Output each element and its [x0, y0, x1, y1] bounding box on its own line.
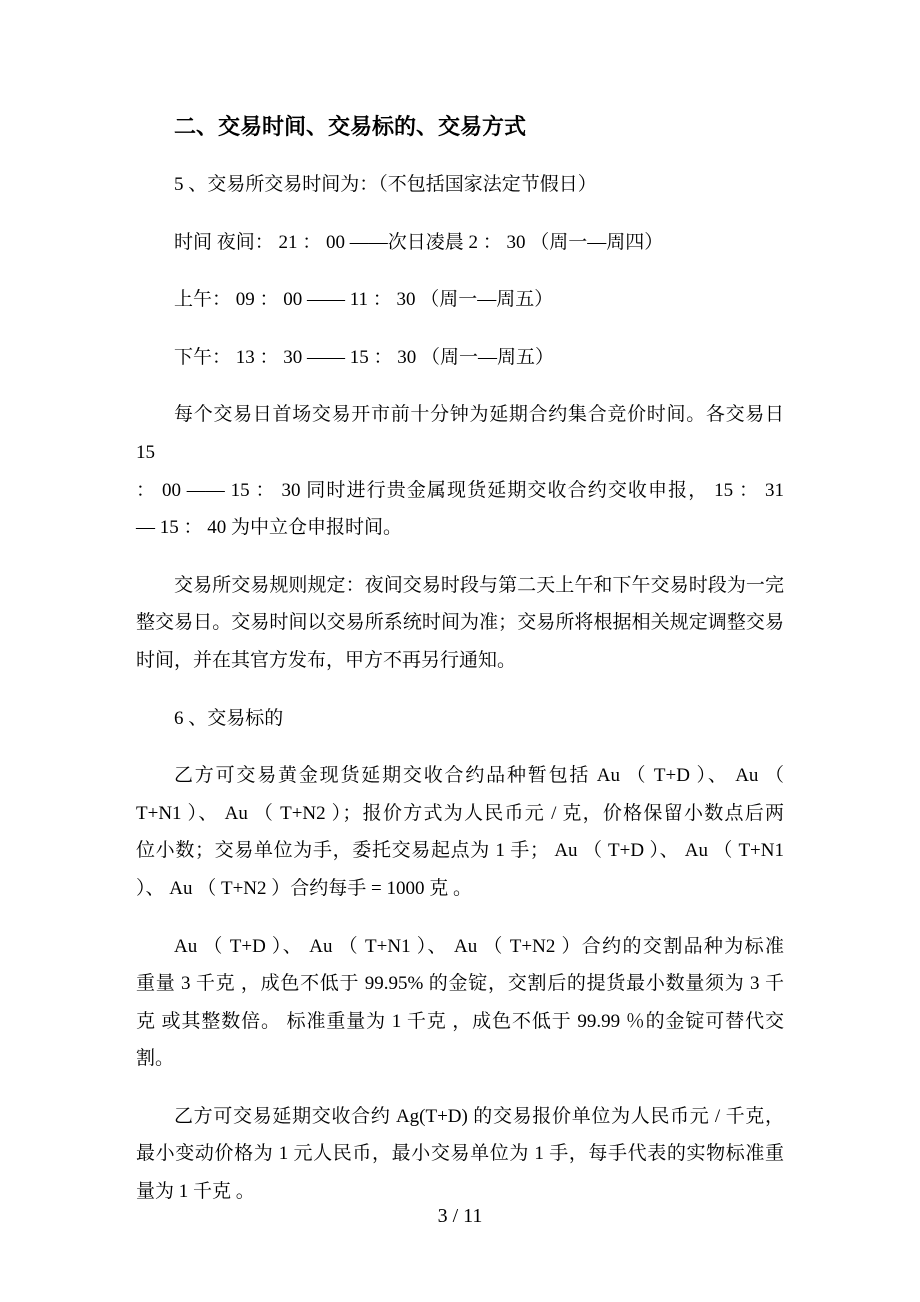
paragraph-line: 重量 3 千克 ，成色不低于 99.95% 的金锭，交割后的提货最小数量须为 3… [136, 965, 784, 1003]
paragraph: 上午： 09 ： 00 —— 11 ： 30 （周一—周五） [136, 281, 784, 319]
paragraph-line: 下午： 13 ： 30 —— 15 ： 30 （周一—周五） [136, 339, 784, 377]
paragraph-line: 交易所交易规则规定：夜间交易时段与第二天上午和下午交易时段为一完 [136, 567, 784, 605]
paragraph-line: 乙方可交易黄金现货延期交收合约品种暂包括 Au （ T+D ）、 Au （ [136, 757, 784, 795]
paragraph-line: 时间，并在其官方发布，甲方不再另行通知。 [136, 642, 784, 680]
document-content: 二、交易时间、交易标的、交易方式 5 、交易所交易时间为：（不包括国家法定节假日… [136, 108, 784, 1211]
paragraph-line: 上午： 09 ： 00 —— 11 ： 30 （周一—周五） [136, 281, 784, 319]
paragraph-line: ： 00 —— 15 ： 30 同时进行贵金属现货延期交收合约交收申报， 15 … [136, 472, 784, 510]
paragraph-line: 每个交易日首场交易开市前十分钟为延期合约集合竞价时间。各交易日 15 [136, 396, 784, 471]
paragraph-line: 5 、交易所交易时间为：（不包括国家法定节假日） [136, 166, 784, 204]
page-number: 3 / 11 [438, 1205, 483, 1227]
section-heading: 二、交易时间、交易标的、交易方式 [136, 108, 784, 146]
paragraph-line: 最小变动价格为 1 元人民币，最小交易单位为 1 手，每手代表的实物标准重 [136, 1135, 784, 1173]
paragraph-line: 6 、交易标的 [136, 700, 784, 738]
paragraph-line: 克 或其整数倍。 标准重量为 1 千克 ，成色不低于 99.99 ％的金锭可替代… [136, 1003, 784, 1041]
paragraph-line: 割。 [136, 1040, 784, 1078]
paragraph-line: 整交易日。交易时间以交易所系统时间为准；交易所将根据相关规定调整交易 [136, 604, 784, 642]
paragraph-line: 位小数；交易单位为手，委托交易起点为 1 手； Au （ T+D ）、 Au （… [136, 832, 784, 870]
paragraph: 交易所交易规则规定：夜间交易时段与第二天上午和下午交易时段为一完 整交易日。交易… [136, 567, 784, 680]
document-page: 二、交易时间、交易标的、交易方式 5 、交易所交易时间为：（不包括国家法定节假日… [0, 0, 920, 1302]
paragraph: 每个交易日首场交易开市前十分钟为延期合约集合竞价时间。各交易日 15 ： 00 … [136, 396, 784, 546]
paragraph-line: ）、 Au （ T+N2 ）合约每手 = 1000 克 。 [136, 870, 784, 908]
paragraph-line: Au （ T+D ）、 Au （ T+N1 ）、 Au （ T+N2 ）合约的交… [136, 928, 784, 966]
paragraph: 乙方可交易黄金现货延期交收合约品种暂包括 Au （ T+D ）、 Au （ T+… [136, 757, 784, 907]
paragraph: 6 、交易标的 [136, 700, 784, 738]
paragraph-line: 乙方可交易延期交收合约 Ag(T+D) 的交易报价单位为人民币元 / 千克， [136, 1098, 784, 1136]
paragraph: 时间 夜间： 21 ： 00 ——次日凌晨 2 ： 30 （周一—周四） [136, 224, 784, 262]
page-footer: 3 / 11 [0, 1203, 920, 1229]
paragraph: 5 、交易所交易时间为：（不包括国家法定节假日） [136, 166, 784, 204]
paragraph: 乙方可交易延期交收合约 Ag(T+D) 的交易报价单位为人民币元 / 千克， 最… [136, 1098, 784, 1211]
paragraph: Au （ T+D ）、 Au （ T+N1 ）、 Au （ T+N2 ）合约的交… [136, 928, 784, 1078]
paragraph-line: — 15 ： 40 为中立仓申报时间。 [136, 509, 784, 547]
paragraph-line: 时间 夜间： 21 ： 00 ——次日凌晨 2 ： 30 （周一—周四） [136, 224, 784, 262]
paragraph-line: T+N1 ）、 Au （ T+N2 ）；报价方式为人民币元 / 克，价格保留小数… [136, 795, 784, 833]
paragraph: 下午： 13 ： 30 —— 15 ： 30 （周一—周五） [136, 339, 784, 377]
